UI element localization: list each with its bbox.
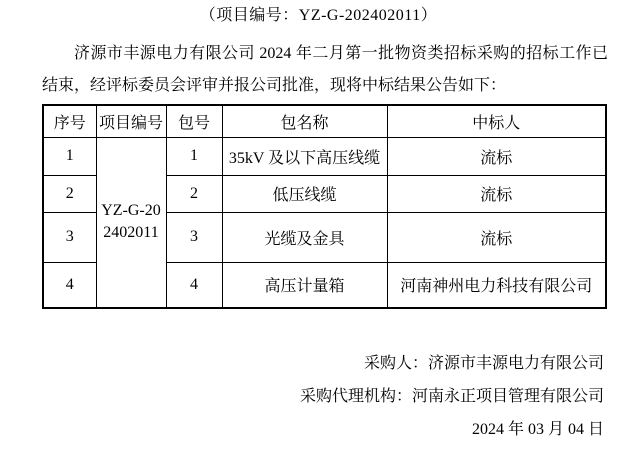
header-pkg: 包号 xyxy=(166,105,222,137)
seq-cell: 3 xyxy=(43,212,96,262)
agency-line: 采购代理机构：河南永正项目管理有限公司 xyxy=(0,380,604,413)
project-code-heading: （项目编号：YZ-G-202402011） xyxy=(0,0,637,26)
signature-block: 采购人：济源市丰源电力有限公司 采购代理机构：河南永正项目管理有限公司 2024… xyxy=(0,347,637,446)
announcement-page: （项目编号：YZ-G-202402011） 济源市丰源电力有限公司 2024 年… xyxy=(0,0,637,453)
package-no-cell: 2 xyxy=(166,175,222,212)
winner-cell: 河南神州电力科技有限公司 xyxy=(387,262,606,308)
date-line: 2024 年 03 月 04 日 xyxy=(0,413,604,446)
header-code: 项目编号 xyxy=(96,105,166,137)
bid-results-table: 序号 项目编号 包号 包名称 中标人 1 YZ-G-202402011 1 35… xyxy=(42,104,607,309)
table-header-row: 序号 项目编号 包号 包名称 中标人 xyxy=(43,105,606,137)
package-name-cell: 光缆及金具 xyxy=(222,212,387,262)
winner-cell: 流标 xyxy=(387,212,606,262)
package-no-cell: 4 xyxy=(166,262,222,308)
header-name: 包名称 xyxy=(222,105,387,137)
package-name-cell: 高压计量箱 xyxy=(222,262,387,308)
seq-cell: 4 xyxy=(43,262,96,308)
package-no-cell: 3 xyxy=(166,212,222,262)
header-seq: 序号 xyxy=(43,105,96,137)
seq-cell: 1 xyxy=(43,137,96,175)
winner-cell: 流标 xyxy=(387,137,606,175)
package-no-cell: 1 xyxy=(166,137,222,175)
intro-paragraph: 济源市丰源电力有限公司 2024 年二月第一批物资类招标采购的招标工作已结束，经… xyxy=(42,38,608,102)
winner-cell: 流标 xyxy=(387,175,606,212)
table-row: 1 YZ-G-202402011 1 35kV 及以下高压线缆 流标 xyxy=(43,137,606,175)
package-name-cell: 35kV 及以下高压线缆 xyxy=(222,137,387,175)
seq-cell: 2 xyxy=(43,175,96,212)
header-winner: 中标人 xyxy=(387,105,606,137)
project-code-cell: YZ-G-202402011 xyxy=(96,137,166,308)
purchaser-line: 采购人：济源市丰源电力有限公司 xyxy=(0,347,604,380)
package-name-cell: 低压线缆 xyxy=(222,175,387,212)
